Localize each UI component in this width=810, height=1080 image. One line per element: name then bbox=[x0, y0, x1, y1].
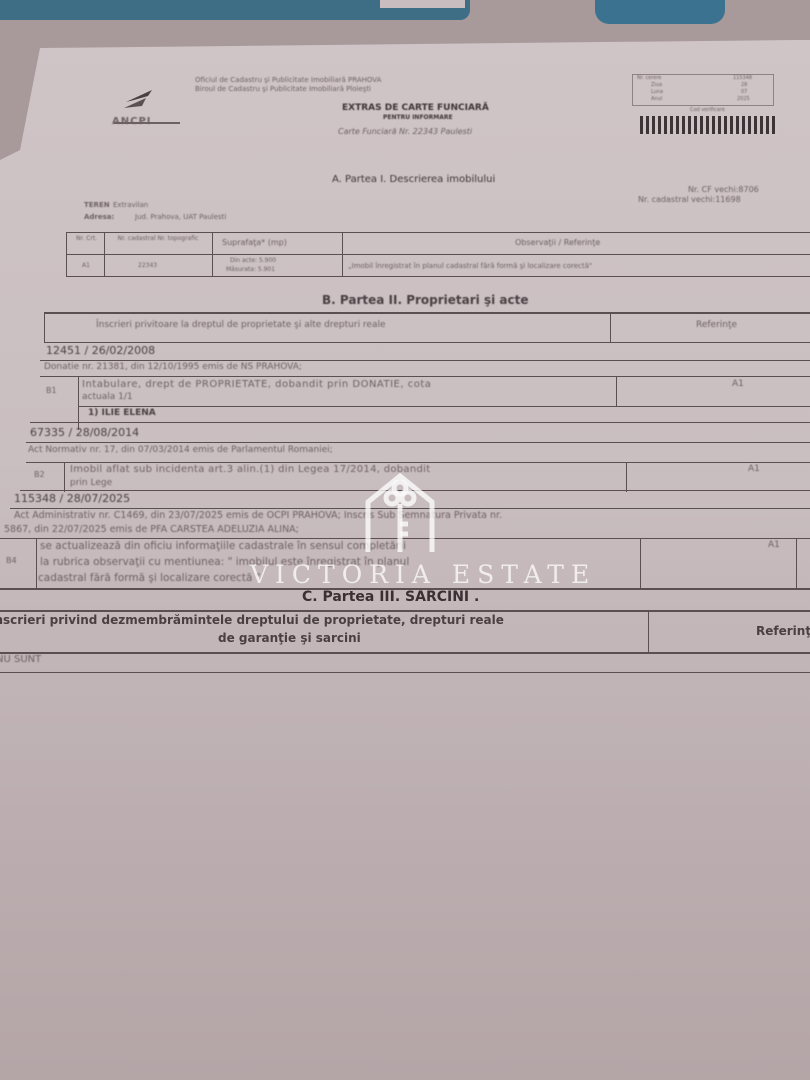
entry-text-line-3: cadastral fără formă şi localizare corec… bbox=[38, 572, 261, 584]
old-cadastral-number: Nr. cadastral vechi:11698 bbox=[638, 195, 741, 204]
address-value: Jud. Prahova, UAT Paulesti bbox=[135, 213, 226, 221]
meta-label: Nr. cerere bbox=[637, 75, 661, 81]
cell-area-measured: Măsurata: 5.901 bbox=[226, 266, 275, 273]
part-b-title: B. Partea II. Proprietari şi acte bbox=[322, 293, 528, 307]
act-id: 67335 / 28/08/2014 bbox=[30, 426, 139, 439]
cell-observations: „Imobil înregistrat în planul cadastral … bbox=[348, 262, 592, 270]
act-description-line-2: 5867, din 22/07/2025 emis de PFA CARSTEA… bbox=[4, 524, 299, 535]
background-highlight bbox=[380, 0, 465, 8]
table-header-observations: Observaţii / Referinţe bbox=[515, 238, 600, 247]
meta-label: Luna bbox=[651, 89, 663, 95]
act-id: 12451 / 26/02/2008 bbox=[46, 344, 155, 357]
reference: A1 bbox=[748, 464, 760, 474]
table-header-nr: Nr. Crt. bbox=[76, 235, 97, 242]
meta-label: Anul bbox=[651, 96, 662, 102]
part-b-header-right: Referinţe bbox=[696, 320, 737, 330]
entry-text-line-1: Intabulare, drept de PROPRIETATE, doband… bbox=[82, 379, 431, 390]
cell-nr: A1 bbox=[82, 262, 90, 269]
institution-line-1: Oficiul de Cadastru şi Publicitate Imobi… bbox=[195, 76, 381, 84]
row-number: B4 bbox=[6, 556, 17, 565]
reference: A1 bbox=[732, 379, 744, 389]
land-label: TEREN bbox=[84, 201, 110, 209]
part-a-title: A. Partea I. Descrierea imobilului bbox=[332, 174, 495, 185]
owner-name: 1) ILIE ELENA bbox=[88, 408, 156, 418]
table-header-area: Suprafaţa* (mp) bbox=[222, 238, 287, 247]
table-header-cadastral: Nr. cadastral Nr. topografic bbox=[106, 235, 210, 242]
act-description: Act Normativ nr. 17, din 07/03/2014 emis… bbox=[28, 445, 333, 455]
address-label: Adresa: bbox=[84, 213, 114, 221]
entry-text-line-2: actuala 1/1 bbox=[82, 392, 133, 402]
meta-value: 2025 bbox=[737, 96, 750, 102]
land-value: Extravilan bbox=[113, 201, 148, 209]
part-b-header-left: Înscrieri privitoare la dreptul de propr… bbox=[96, 320, 386, 330]
meta-value: 28 bbox=[741, 82, 747, 88]
reference: A1 bbox=[768, 540, 780, 550]
request-meta-box: Nr. cerere 115348 Ziua 28 Luna 07 Anul 2… bbox=[632, 74, 774, 106]
part-c-header-left-line-1: Înscrieri privind dezmembrămintele drept… bbox=[0, 613, 648, 627]
part-c-value: NU SUNT bbox=[0, 654, 41, 665]
row-number: B2 bbox=[34, 470, 45, 479]
logo-label: ANCPI bbox=[112, 116, 152, 127]
act-id: 115348 / 28/07/2025 bbox=[14, 492, 130, 505]
document-subtitle: PENTRU INFORMARE bbox=[383, 114, 453, 121]
part-c-title: C. Partea III. SARCINI . bbox=[302, 589, 479, 605]
old-cf-number: Nr. CF vechi:8706 bbox=[688, 185, 759, 194]
barcode bbox=[640, 116, 778, 134]
entry-text-line-1: se actualizează din oficiu informaţiile … bbox=[40, 540, 406, 552]
background-blue-object-end bbox=[595, 0, 725, 24]
key-house-icon bbox=[362, 468, 438, 554]
row-number: B1 bbox=[46, 386, 57, 395]
cell-cadastral: 22343 bbox=[138, 262, 157, 269]
meta-value: 115348 bbox=[733, 75, 752, 81]
institution-line-2: Biroul de Cadastru şi Publicitate Imobil… bbox=[195, 85, 371, 93]
part-c-header-right: Referinţe bbox=[756, 624, 810, 638]
act-description: Donatie nr. 21381, din 12/10/1995 emis d… bbox=[44, 362, 302, 372]
document-title: EXTRAS DE CARTE FUNCIARĂ bbox=[342, 103, 489, 113]
verification-code-label: Cod verificare bbox=[690, 107, 725, 113]
part-c-header-left-line-2: de garanţie şi sarcini bbox=[218, 631, 361, 645]
carte-funciara-number: Carte Funciară Nr. 22343 Paulesti bbox=[338, 127, 472, 136]
cell-area-acte: Din acte: 5.900 bbox=[230, 257, 276, 264]
watermark-text: VICTORIA ESTATE bbox=[250, 560, 596, 589]
meta-label: Ziua bbox=[651, 82, 662, 88]
meta-value: 07 bbox=[741, 89, 747, 95]
entry-text-line-2: prin Lege bbox=[70, 478, 112, 488]
